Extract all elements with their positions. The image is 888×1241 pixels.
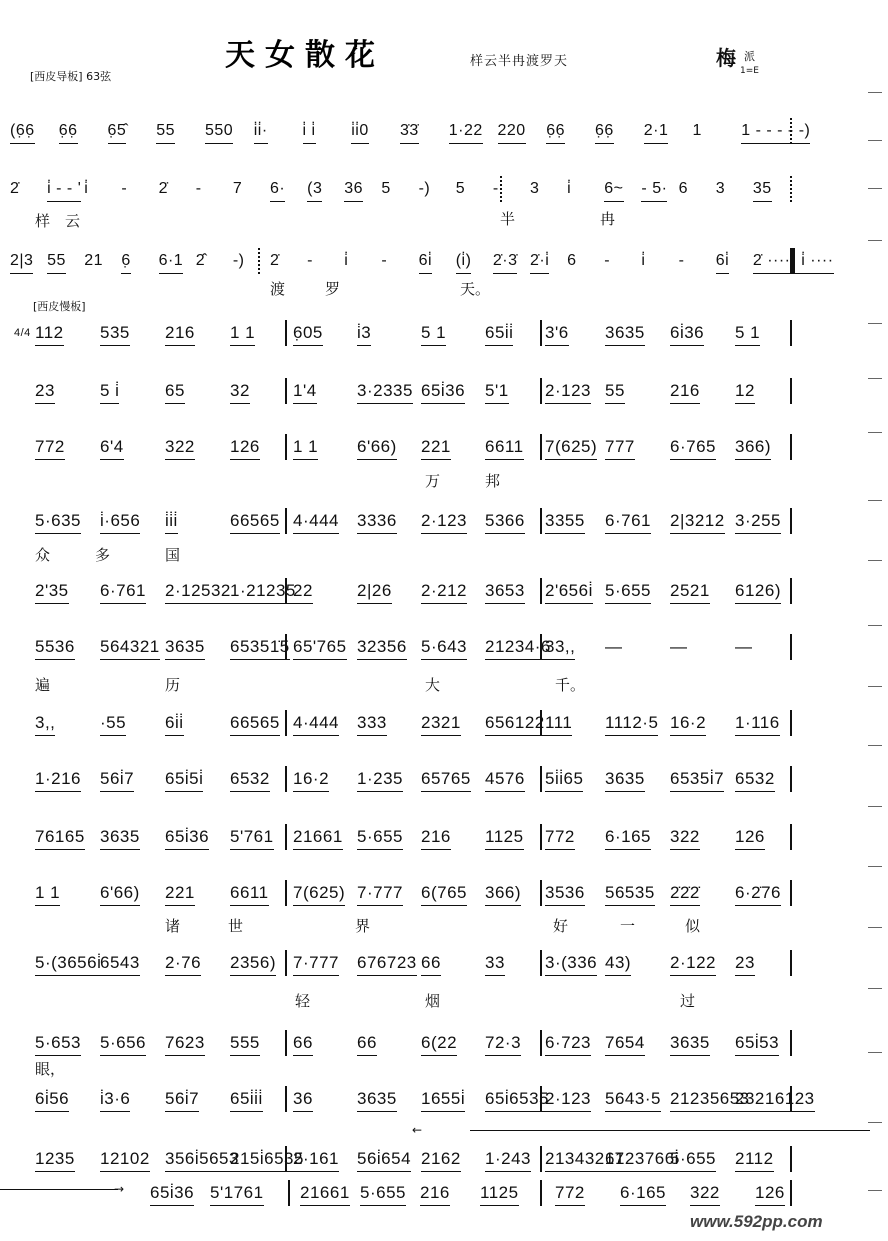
- notation-row: 1 16'66)22166117(625)7·7776(765366)35365…: [0, 882, 800, 908]
- notation-group: 5: [456, 178, 465, 201]
- notation-group: 6543: [100, 952, 140, 976]
- notation-group: 65i̇36: [421, 380, 465, 404]
- notation-group: 6·761: [605, 510, 651, 534]
- barline: [790, 1086, 792, 1112]
- notation-group: 6(22: [421, 1032, 457, 1056]
- notation-group: 5·643: [421, 636, 467, 660]
- notation-group: 22: [293, 580, 313, 604]
- notation-group: i̇·656: [100, 510, 140, 534]
- notation-group: 5·635: [35, 510, 81, 534]
- notation-group: 6·165: [620, 1182, 666, 1206]
- notation-group: 5'761: [230, 826, 274, 850]
- lyric-char: 大: [425, 674, 440, 695]
- notation-group: 76165: [35, 826, 85, 850]
- notation-group: 1112·5: [605, 712, 658, 736]
- notation-group: 3·2335: [357, 380, 413, 404]
- barline: [790, 176, 792, 202]
- notation-group: 65'765: [293, 636, 347, 660]
- barline: [540, 434, 542, 460]
- notation-group: 5536: [35, 636, 75, 660]
- notation-group: 1·22: [449, 120, 483, 144]
- notation-group: 6i̇: [419, 250, 432, 274]
- barline: [285, 824, 287, 850]
- notation-group: -: [381, 250, 387, 273]
- notation-group: 1'4: [293, 380, 317, 404]
- barline: [540, 634, 542, 660]
- notation-group: 65i̇i̇i̇: [230, 1088, 263, 1112]
- notation-group: (6̣6̣: [10, 120, 35, 144]
- notation-group: 5'1: [485, 380, 509, 404]
- repeat-arrow-line: [0, 1189, 118, 1190]
- lyric-char: 千。: [555, 674, 585, 695]
- lyric-char: 诸: [165, 915, 180, 936]
- notation-group: 772: [555, 1182, 585, 1206]
- notation-group: 216: [670, 380, 700, 404]
- notation-group: i̇: [567, 178, 571, 201]
- notation-group: 6611: [485, 436, 524, 460]
- notation-group: 7(625): [545, 436, 597, 460]
- notation-group: 55: [47, 250, 66, 274]
- barline: [540, 710, 542, 736]
- barline: [790, 950, 792, 976]
- barline: [540, 824, 542, 850]
- notation-group: 65i̇36: [150, 1182, 194, 1206]
- notation-group: 3,,: [35, 712, 55, 736]
- notation-group: 6'66): [357, 436, 397, 460]
- margin-tick: [868, 240, 882, 241]
- notation-group: 356i̇5653: [165, 1148, 239, 1172]
- arrow-left-icon: ←: [412, 1124, 422, 1136]
- notation-group: 6·2̇76: [735, 882, 781, 906]
- notation-row: 123512102356i̇5653215i̇65352·16156i̇6542…: [0, 1148, 800, 1174]
- barline: [285, 508, 287, 534]
- notation-group: 3635: [357, 1088, 397, 1112]
- notation-group: 777: [605, 436, 635, 460]
- notation-group: i̇ i̇: [303, 120, 316, 144]
- lyric-char: 云: [65, 210, 80, 231]
- notation-group: 322: [670, 826, 700, 850]
- barline: [540, 1086, 542, 1112]
- notation-group: 3355: [545, 510, 585, 534]
- notation-row: 7726'43221261 16'66)22166117(625)7776·76…: [0, 436, 800, 462]
- notation-group: 772: [35, 436, 65, 460]
- notation-group: 5·653: [35, 1032, 81, 1056]
- notation-group: 2112: [735, 1148, 774, 1172]
- notation-group: i̇: [84, 178, 88, 201]
- notation-group: 6611: [230, 882, 269, 906]
- lyric-char: 罗: [325, 278, 340, 299]
- lyric-char: 万: [425, 470, 440, 491]
- barline: [790, 766, 792, 792]
- barline: [285, 710, 287, 736]
- notation-group: i̇i̇0: [351, 120, 369, 144]
- notation-group: 65i̇i̇: [485, 322, 513, 346]
- barline: [285, 1030, 287, 1056]
- notation-group: 6i̇: [716, 250, 729, 274]
- notation-group: 2̇: [10, 178, 19, 201]
- barline: [790, 578, 792, 604]
- notation-group: 6̣5̂: [108, 120, 127, 144]
- notation-group: 3'6: [545, 322, 569, 346]
- notation-group: 2̂: [196, 250, 205, 273]
- notation-group: 2521: [670, 580, 710, 604]
- notation-group: 56i̇7: [100, 768, 134, 792]
- barline: [540, 1180, 542, 1206]
- school-label: 梅: [716, 42, 736, 71]
- notation-group: (3: [307, 178, 322, 202]
- lyric-char: 冉: [600, 208, 615, 229]
- notation-group: 2̇2̇2̇: [670, 882, 700, 906]
- notation-group: 2·212: [421, 580, 467, 604]
- margin-tick: [868, 92, 882, 93]
- lyric-char: 世: [228, 915, 243, 936]
- notation-group: 6·765: [670, 436, 716, 460]
- notation-group: 2·1: [644, 120, 669, 144]
- lyric-char: 似: [685, 915, 700, 936]
- notation-group: 21: [84, 250, 103, 273]
- barline: [285, 950, 287, 976]
- lyric-char: 烟: [425, 990, 440, 1011]
- barline: [790, 248, 795, 274]
- notation-group: ·55: [100, 712, 126, 736]
- notation-group: 66565: [230, 712, 280, 736]
- notation-group: 65i̇5i̇: [165, 768, 203, 792]
- arrow-right-icon: →: [114, 1183, 124, 1195]
- notation-group: 5·656: [100, 1032, 146, 1056]
- notation-group: i̇ - - ': [47, 178, 81, 202]
- notation-group: 2·122: [670, 952, 716, 976]
- notation-group: 1125: [485, 826, 524, 850]
- margin-tick: [868, 988, 882, 989]
- notation-group: 65: [165, 380, 185, 404]
- notation-group: 1125: [480, 1182, 519, 1206]
- notation-group: - 5·: [641, 178, 667, 202]
- notation-group: -): [233, 250, 245, 273]
- notation-group: 12102: [100, 1148, 150, 1172]
- notation-group: 3·255: [735, 510, 781, 534]
- margin-tick: [868, 378, 882, 379]
- lyric-char: 界: [355, 915, 370, 936]
- notation-group: 66: [357, 1032, 377, 1056]
- notation-group: 5i̇i̇65: [545, 768, 583, 792]
- notation-group: 2·76: [165, 952, 201, 976]
- notation-group: 32: [230, 380, 250, 404]
- barline: [258, 248, 260, 274]
- notation-group: 6123766i̇: [605, 1148, 679, 1172]
- notation-group: 550: [205, 120, 233, 144]
- notation-group: 6̣6̣: [595, 120, 614, 144]
- notation-group: 5: [381, 178, 390, 201]
- lyric-char: 眼，: [35, 1058, 65, 1079]
- barline: [790, 434, 792, 460]
- notation-row: 5·6535·656762355566666(2272·36·723765436…: [0, 1032, 800, 1058]
- notation-group: 36: [344, 178, 363, 202]
- notation-group: 535: [100, 322, 130, 346]
- notation-group: 322: [690, 1182, 720, 1206]
- notation-group: 3536: [545, 882, 585, 906]
- notation-group: 65i̇36: [165, 826, 209, 850]
- barline: [285, 766, 287, 792]
- notation-group: 1·235: [357, 768, 403, 792]
- notation-row: 235 i̇65321'43·233565i̇365'12·1235521612: [0, 380, 800, 406]
- notation-group: 1 1: [35, 882, 60, 906]
- notation-group: 4·444: [293, 712, 339, 736]
- notation-group: 6532: [735, 768, 775, 792]
- notation-group: 112: [35, 322, 64, 346]
- notation-group: 33: [485, 952, 505, 976]
- notation-group: 2|3212: [670, 510, 725, 534]
- notation-group: 216: [165, 322, 195, 346]
- notation-group: 5366: [485, 510, 525, 534]
- lyric-char: 多: [95, 544, 110, 565]
- notation-group: 3635: [605, 768, 645, 792]
- barline: [540, 880, 542, 906]
- notation-group: i̇3·6: [100, 1088, 130, 1112]
- notation-group: 366): [485, 882, 521, 906]
- notation-row: 3,,·556i̇i̇665654·4443332321656122111111…: [0, 712, 800, 738]
- notation-group: 6(765: [421, 882, 467, 906]
- notation-group: 126: [230, 436, 260, 460]
- notation-group: 1: [693, 120, 702, 143]
- notation-row: 2'356·7612·125321·21235222|262·21236532'…: [0, 580, 800, 606]
- notation-group: 2·12532: [165, 580, 231, 604]
- notation-group: 6i̇56: [35, 1088, 69, 1112]
- barline: [790, 508, 792, 534]
- notation-group: i̇i̇·: [254, 120, 268, 144]
- notation-group: -: [679, 250, 685, 273]
- notation-group: 221: [421, 436, 451, 460]
- notation-group: 7·777: [357, 882, 403, 906]
- lyric-char: 轻: [295, 990, 310, 1011]
- notation-group: 43): [605, 952, 631, 976]
- margin-tick: [868, 140, 882, 141]
- barline: [790, 1030, 792, 1056]
- notation-group: 2̇·i̇: [530, 250, 549, 274]
- barline: [540, 950, 542, 976]
- notation-group: -: [196, 178, 202, 201]
- notation-group: 6i̇36: [670, 322, 704, 346]
- notation-group: 6535i̇7: [670, 768, 724, 792]
- margin-tick: [868, 866, 882, 867]
- notation-group: 6̣05: [293, 322, 323, 346]
- barline: [500, 176, 502, 202]
- lyric-char: 国: [165, 544, 180, 565]
- barline: [790, 118, 792, 144]
- notation-group: -: [604, 250, 610, 273]
- key-signature: 1=E: [740, 66, 759, 76]
- barline: [285, 1146, 287, 1172]
- notation-group: i̇: [641, 250, 645, 273]
- lyric-char: 好: [553, 915, 568, 936]
- barline: [540, 1030, 542, 1056]
- notation-group: 5643·5: [605, 1088, 661, 1112]
- notation-group: 6·1: [159, 250, 184, 274]
- notation-row: 2|355216̣6·12̂-)2̇-i̇-6i̇(i̇)2̇·3̇2̇·i̇6…: [0, 250, 800, 276]
- barline: [285, 1086, 287, 1112]
- notation-group: 2·123: [545, 380, 591, 404]
- notation-group: 126: [755, 1182, 785, 1206]
- notation-group: 1 1: [293, 436, 318, 460]
- notation-group: 2·123: [545, 1088, 591, 1112]
- margin-tick: [868, 806, 882, 807]
- lyric-char: 遍: [35, 674, 50, 695]
- notation-group: 555: [230, 1032, 260, 1056]
- notation-group: 66565: [230, 510, 280, 534]
- notation-group: 7(625): [293, 882, 345, 906]
- notation-group: 65i̇53: [735, 1032, 779, 1056]
- barline: [790, 710, 792, 736]
- barline: [285, 434, 287, 460]
- notation-group: 35: [753, 178, 772, 202]
- barline: [790, 1146, 792, 1172]
- barline: [540, 320, 542, 346]
- notation-group: (i̇): [456, 250, 472, 274]
- notation-group: 1·116: [735, 712, 780, 736]
- time-signature: 4/4: [14, 322, 31, 345]
- margin-tick: [868, 927, 882, 928]
- notation-group: 66: [421, 952, 441, 976]
- notation-group: 2·123: [421, 510, 467, 534]
- margin-tick: [868, 1122, 882, 1123]
- notation-group: 3635: [165, 636, 205, 660]
- margin-tick: [868, 188, 882, 189]
- notation-group: 1·243: [485, 1148, 531, 1172]
- notation-group: 6·761: [100, 580, 146, 604]
- barline: [790, 378, 792, 404]
- notation-group: 2'35: [35, 580, 69, 604]
- notation-group: 6: [679, 178, 688, 201]
- notation-group: 5·655: [670, 1148, 716, 1172]
- notation-group: -): [419, 178, 431, 201]
- notation-group: 6~: [604, 178, 623, 202]
- notation-row: 1125352161 16̣05i̇35 165i̇i̇3'636356i̇36…: [0, 322, 800, 348]
- notation-row: 5·(3656i̇65432·762356)7·77767672366333·(…: [0, 952, 800, 978]
- score-sheet: 天女散花 样云半冉渡罗天 [西皮导板] 63弦 梅 派 1=E [西皮慢板] (…: [0, 0, 888, 1241]
- lyric-char: 半: [500, 208, 515, 229]
- notation-group: 2·161: [293, 1148, 339, 1172]
- barline: [285, 320, 287, 346]
- notation-group: 3·(336: [545, 952, 597, 976]
- tempo-mark: [西皮导板] 63弦: [30, 68, 111, 84]
- margin-tick: [868, 560, 882, 561]
- notation-group: 1·216: [35, 768, 81, 792]
- notation-group: 7654: [605, 1032, 645, 1056]
- barline: [540, 766, 542, 792]
- barline: [285, 634, 287, 660]
- notation-group: 6126): [735, 580, 781, 604]
- notation-group: 2162: [421, 1148, 461, 1172]
- barline: [540, 378, 542, 404]
- notation-group: 4·444: [293, 510, 339, 534]
- barline: [285, 578, 287, 604]
- notation-group: 5 1: [421, 322, 446, 346]
- notation-group: 21661: [300, 1182, 350, 1206]
- lyric-char: 邦: [485, 470, 500, 491]
- margin-tick: [868, 686, 882, 687]
- barline: [790, 880, 792, 906]
- notation-group: 55: [156, 120, 175, 144]
- notation-group: 16·2: [293, 768, 329, 792]
- lyric-char: 天。: [460, 278, 490, 299]
- barline: [540, 578, 542, 604]
- notation-group: 6·723: [545, 1032, 591, 1056]
- barline: [285, 880, 287, 906]
- barline: [540, 1146, 542, 1172]
- notation-group: 3653: [485, 580, 525, 604]
- notation-group: 6·165: [605, 826, 651, 850]
- notation-group: 6'4: [100, 436, 124, 460]
- page-title: 天女散花: [225, 30, 385, 74]
- notation-group: 216: [420, 1182, 450, 1206]
- notation-group: 1235: [35, 1148, 75, 1172]
- notation-row: 5·635i̇·656i̇i̇i̇665654·44433362·1235366…: [0, 510, 800, 536]
- notation-group: 23216123: [735, 1088, 815, 1112]
- notation-group: -: [121, 178, 127, 201]
- margin-tick: [868, 1052, 882, 1053]
- notation-group: 3635: [670, 1032, 710, 1056]
- notation-group: 6·: [270, 178, 285, 202]
- notation-group: 7623: [165, 1032, 205, 1056]
- notation-group: 1 - - - - -): [741, 120, 810, 144]
- notation-row: 76165363565i̇365'761216615·6552161125772…: [0, 826, 800, 852]
- notation-group: 216: [421, 826, 451, 850]
- notation-group: 36: [293, 1088, 313, 1112]
- notation-group: 2'656i̇: [545, 580, 593, 604]
- barline: [790, 320, 792, 346]
- notation-group: 3635: [100, 826, 140, 850]
- notation-group: 4576: [485, 768, 525, 792]
- notation-group: 66: [293, 1032, 313, 1056]
- notation-group: 6̣6̣: [546, 120, 565, 144]
- notation-group: 5·655: [360, 1182, 406, 1206]
- notation-group: 1655i̇: [421, 1088, 465, 1112]
- barline: [288, 1180, 290, 1206]
- notation-group: 220: [498, 120, 526, 144]
- notation-group: 2|26: [357, 580, 392, 604]
- notation-group: 56i̇7: [165, 1088, 199, 1112]
- notation-group: 16·2: [670, 712, 706, 736]
- notation-group: 2̇·3̇: [493, 250, 518, 274]
- margin-tick: [868, 1190, 882, 1191]
- lyric-char: 众: [35, 544, 50, 565]
- notation-group: 32356: [357, 636, 407, 660]
- notation-group: 322: [165, 436, 195, 460]
- notation-row: (6̣6̣6̣6̣6̣5̂55550i̇i̇·i̇ i̇i̇i̇03̇3̇1·2…: [0, 120, 800, 146]
- notation-group: 72·3: [485, 1032, 521, 1056]
- notation-group: i̇3: [357, 322, 371, 346]
- notation-group: 3: [530, 178, 539, 201]
- notation-group: 2356): [230, 952, 276, 976]
- notation-group: 5·(3656i̇: [35, 952, 101, 976]
- notation-group: 5 1: [735, 322, 760, 346]
- notation-group: 5'1761: [210, 1182, 264, 1206]
- notation-group: 111: [545, 712, 572, 736]
- notation-group: 65351̇5: [230, 636, 290, 660]
- notation-group: 676723: [357, 952, 417, 976]
- barline: [285, 378, 287, 404]
- notation-group: 7: [233, 178, 242, 201]
- watermark: www.592pp.com: [690, 1212, 823, 1232]
- notation-group: —: [670, 636, 688, 659]
- page-subtitle: 样云半冉渡罗天: [470, 50, 568, 69]
- notation-row: 2̇i̇ - - 'i̇-2̇-76·(3365-)5-3i̇6~- 5·633…: [0, 178, 800, 204]
- notation-group: 2̇: [159, 178, 168, 201]
- notation-group: -: [307, 250, 313, 273]
- barline: [790, 824, 792, 850]
- notation-group: 5 i̇: [100, 380, 119, 404]
- notation-group: 55: [605, 380, 625, 404]
- notation-group: 21661: [293, 826, 343, 850]
